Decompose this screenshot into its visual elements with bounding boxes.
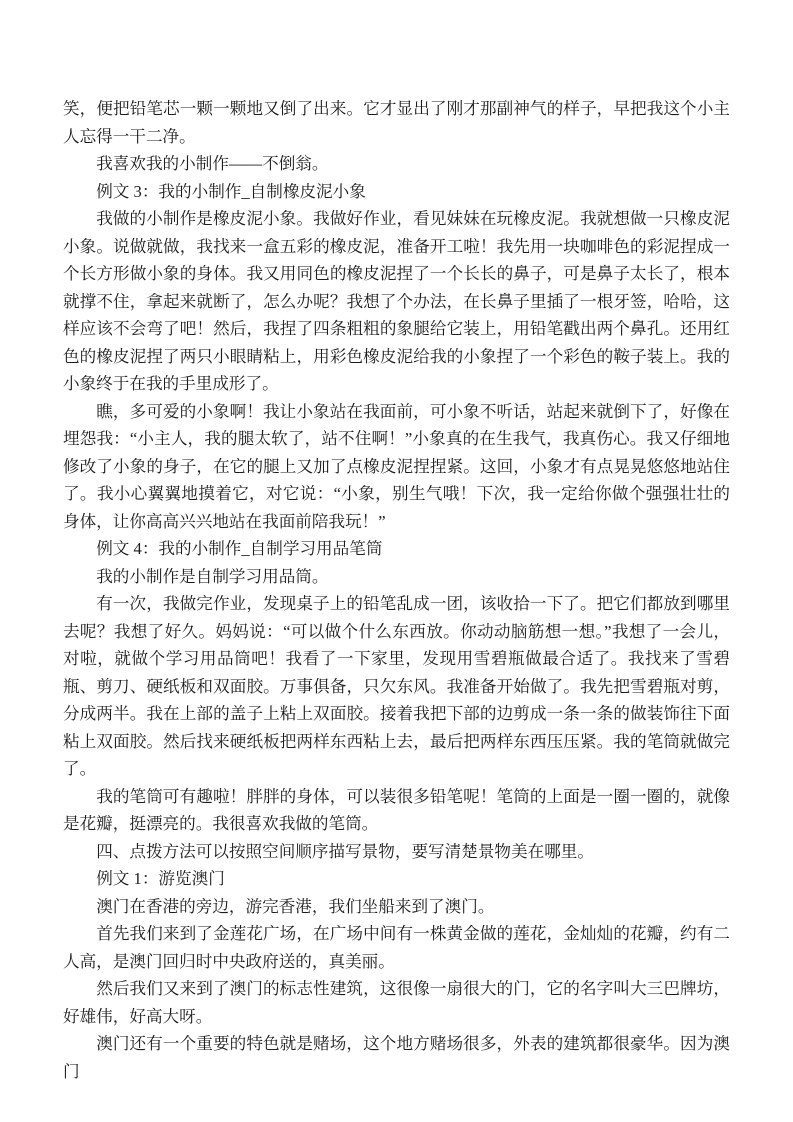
paragraph: 澳门还有一个重要的特色就是赌场，这个地方赌场很多，外表的建筑都很豪华。因为澳门 [63, 1030, 730, 1085]
paragraph: 我喜欢我的小制作——不倒翁。 [63, 150, 730, 178]
paragraph-example-3-title: 例文 3：我的小制作_自制橡皮泥小象 [63, 178, 730, 206]
paragraph-section-4-heading: 四、点拨方法可以按照空间顺序描写景物，要写清楚景物美在哪里。 [63, 838, 730, 866]
document-text-body: 笑，便把铅笔芯一颗一颗地又倒了出来。它才显出了刚才那副神气的样子，早把我这个小主… [63, 95, 730, 1085]
paragraph: 有一次，我做完作业，发现桌子上的铅笔乱成一团，该收拾一下了。把它们都放到哪里去呢… [63, 590, 730, 783]
paragraph: 瞧，多可爱的小象啊！我让小象站在我面前，可小象不听话，站起来就倒下了，好像在埋怨… [63, 398, 730, 536]
paragraph: 首先我们来到了金莲花广场，在广场中间有一株黄金做的莲花，金灿灿的花瓣，约有二人高… [63, 920, 730, 975]
paragraph: 笑，便把铅笔芯一颗一颗地又倒了出来。它才显出了刚才那副神气的样子，早把我这个小主… [63, 95, 730, 150]
paragraph: 然后我们又来到了澳门的标志性建筑，这很像一扇很大的门，它的名字叫大三巴牌坊，好雄… [63, 975, 730, 1030]
paragraph: 澳门在香港的旁边，游完香港，我们坐船来到了澳门。 [63, 893, 730, 921]
document-page: 笑，便把铅笔芯一颗一颗地又倒了出来。它才显出了刚才那副神气的样子，早把我这个小主… [0, 0, 793, 1122]
paragraph-example-4-title: 例文 4：我的小制作_自制学习用品笔筒 [63, 535, 730, 563]
paragraph: 我的小制作是自制学习用品筒。 [63, 563, 730, 591]
paragraph-example-1-title: 例文 1：游览澳门 [63, 865, 730, 893]
paragraph: 我做的小制作是橡皮泥小象。我做好作业，看见妹妹在玩橡皮泥。我就想做一只橡皮泥小象… [63, 205, 730, 398]
paragraph: 我的笔筒可有趣啦！胖胖的身体，可以装很多铅笔呢！笔筒的上面是一圈一圈的，就像是花… [63, 783, 730, 838]
